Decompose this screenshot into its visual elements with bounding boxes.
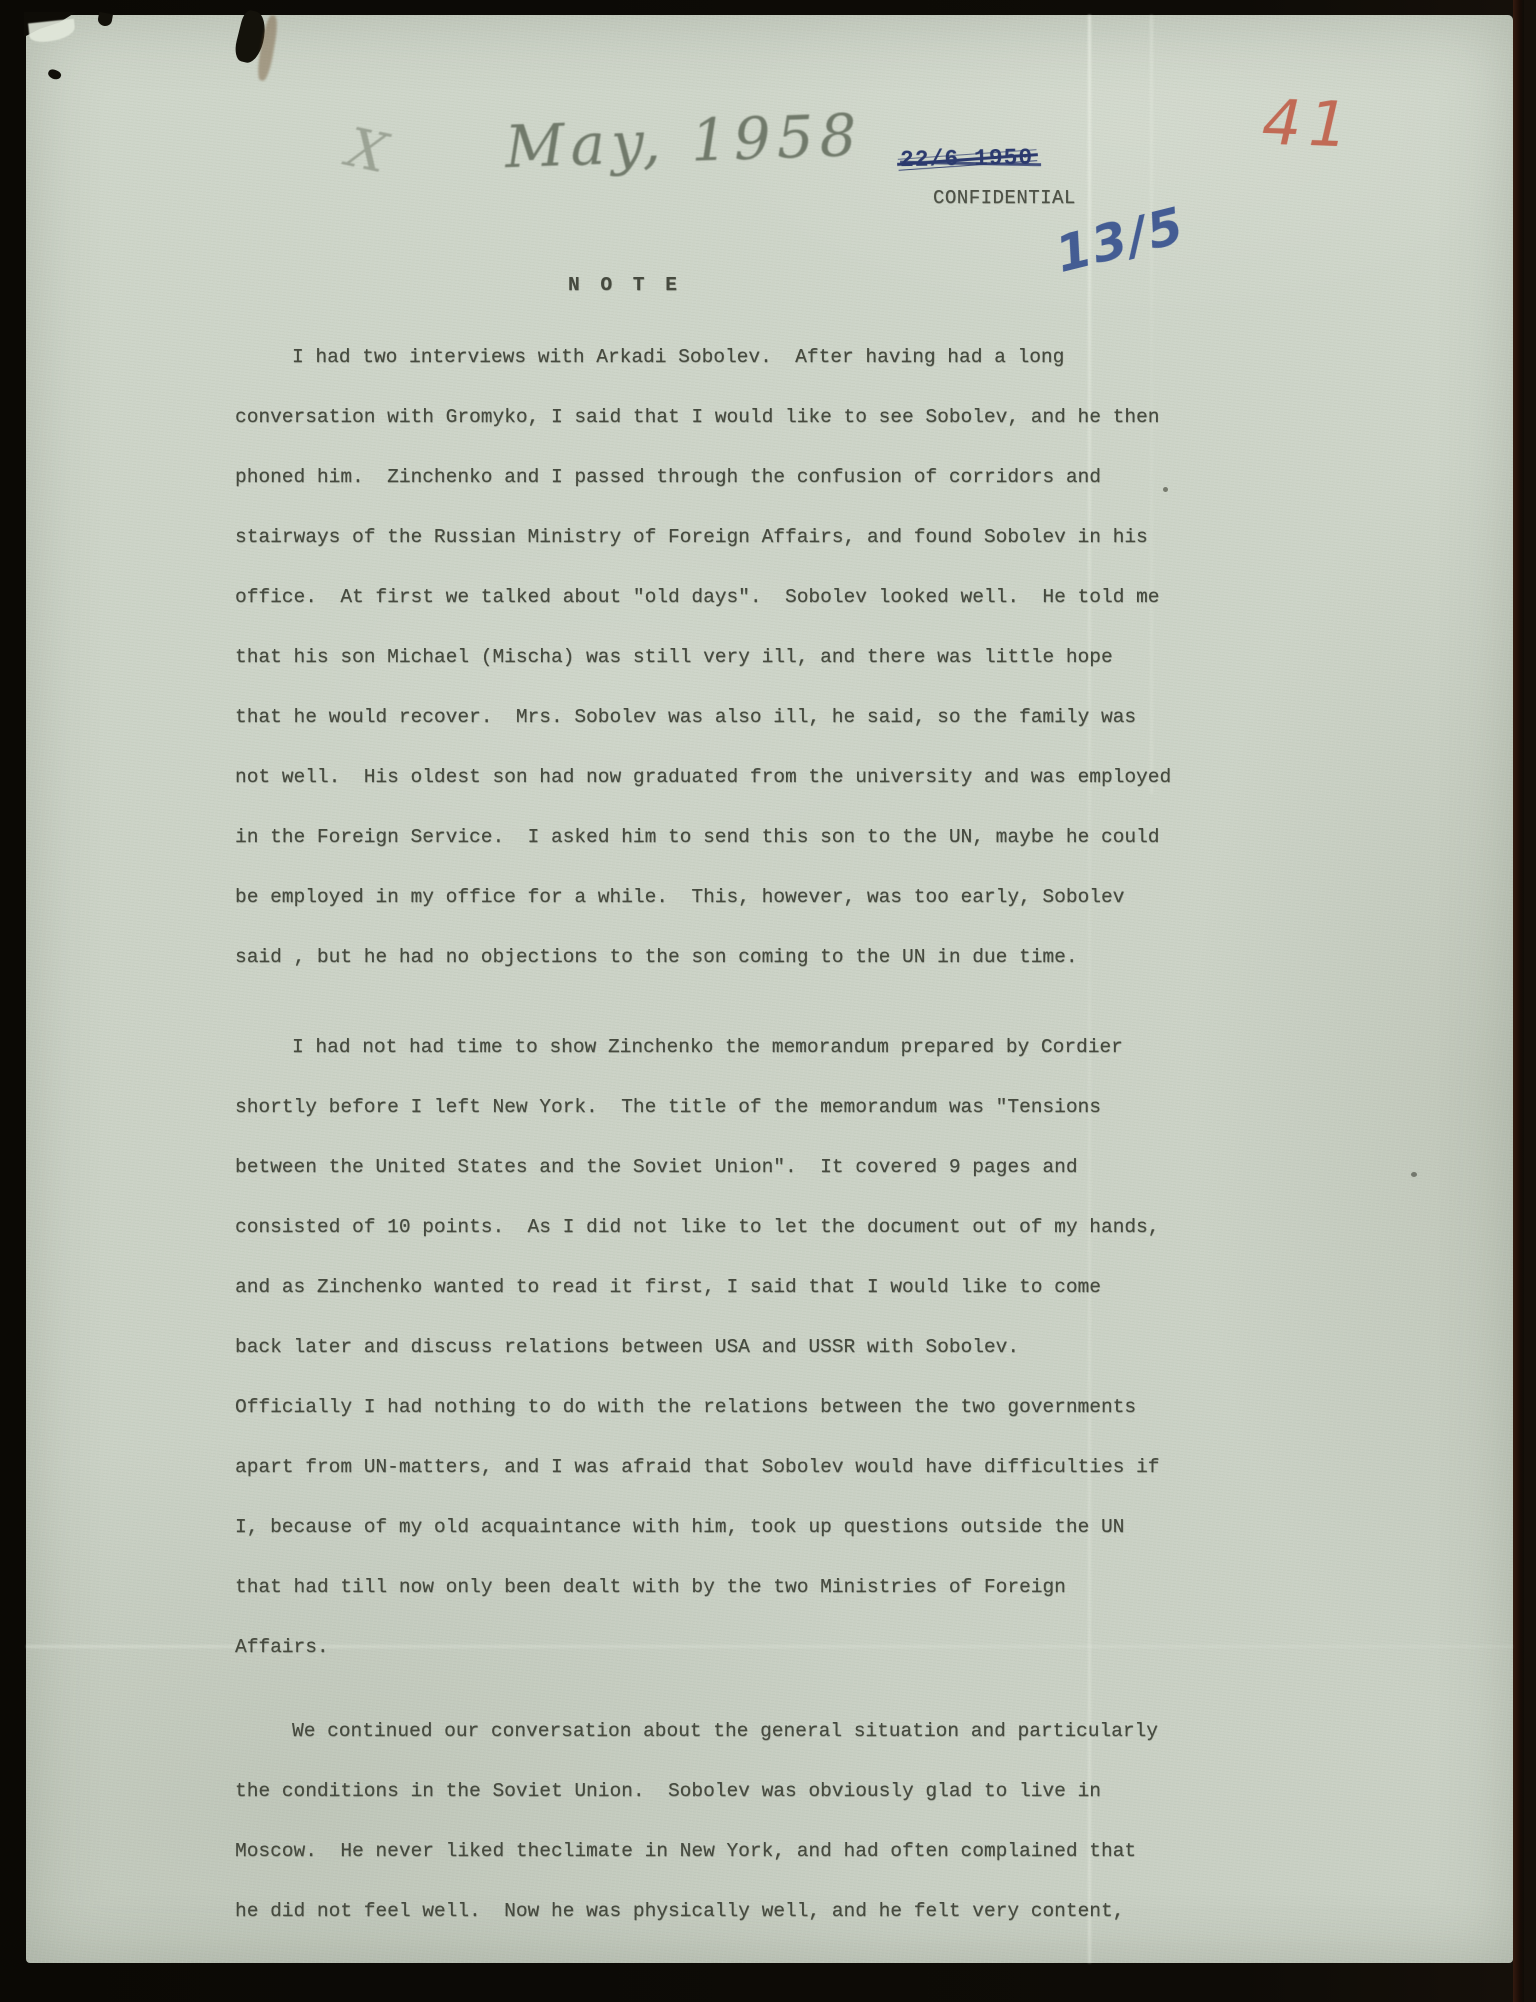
typed-line: said , but he had no objections to the s…	[235, 927, 1200, 987]
typed-line: shortly before I left New York. The titl…	[235, 1077, 1200, 1137]
typed-line: I had not had time to show Zinchenko the…	[235, 1017, 1200, 1077]
typed-line: that he would recover. Mrs. Sobolev was …	[235, 687, 1200, 747]
typed-line: Officially I had nothing to do with the …	[235, 1377, 1200, 1437]
typed-line: Affairs.	[235, 1617, 1200, 1677]
typed-line: Moscow. He never liked theclimate in New…	[235, 1821, 1200, 1881]
handwritten-date: May, 1958	[504, 101, 864, 181]
typed-line: phoned him. Zinchenko and I passed throu…	[235, 447, 1200, 507]
typed-line: back later and discuss relations between…	[235, 1317, 1200, 1377]
typed-line: between the United States and the Soviet…	[235, 1137, 1200, 1197]
typed-line: the conditions in the Soviet Union. Sobo…	[235, 1761, 1200, 1821]
handwritten-annotation: 13/5	[1050, 196, 1191, 284]
typed-line: I, because of my old acquaintance with h…	[235, 1497, 1200, 1557]
paragraph: I had not had time to show Zinchenko the…	[235, 1017, 1200, 1677]
scanned-document-page: X May, 1958 22/6 1950 CONFIDENTIAL 13/5 …	[26, 15, 1513, 1963]
page-number-annotation: 41	[1261, 85, 1356, 161]
classification-stamp: CONFIDENTIAL	[933, 187, 1076, 209]
paper-spot	[1411, 1172, 1417, 1177]
typed-line: that his son Michael (Mischa) was still …	[235, 627, 1200, 687]
typed-line: I had two interviews with Arkadi Sobolev…	[235, 327, 1200, 387]
typed-line: consisted of 10 points. As I did not lik…	[235, 1197, 1200, 1257]
ink-speck	[47, 68, 63, 82]
struck-out-date: 22/6 1950	[900, 145, 1034, 173]
typed-line: conversation with Gromyko, I said that I…	[235, 387, 1200, 447]
document-title: N O T E	[568, 272, 1200, 298]
torn-corner-highlight	[28, 19, 76, 44]
typed-line: office. At first we talked about "old da…	[235, 567, 1200, 627]
typed-line: that had till now only been dealt with b…	[235, 1557, 1200, 1617]
pencil-x-mark: X	[342, 116, 393, 186]
typed-line: and as Zinchenko wanted to read it first…	[235, 1257, 1200, 1317]
paragraph: We continued our conversation about the …	[235, 1701, 1200, 1941]
typed-line: be employed in my office for a while. Th…	[235, 867, 1200, 927]
scan-right-edge-shadow	[1513, 0, 1524, 2002]
edge-notch	[97, 12, 113, 27]
typed-line: in the Foreign Service. I asked him to s…	[235, 807, 1200, 867]
typed-line: We continued our conversation about the …	[235, 1701, 1200, 1761]
typed-line: he did not feel well. Now he was physica…	[235, 1881, 1200, 1941]
paragraph: I had two interviews with Arkadi Sobolev…	[235, 327, 1200, 987]
typed-line: stairways of the Russian Ministry of For…	[235, 507, 1200, 567]
document-body: N O T E I had two interviews with Arkadi…	[235, 272, 1200, 1941]
typed-line: apart from UN-matters, and I was afraid …	[235, 1437, 1200, 1497]
typed-line: not well. His oldest son had now graduat…	[235, 747, 1200, 807]
